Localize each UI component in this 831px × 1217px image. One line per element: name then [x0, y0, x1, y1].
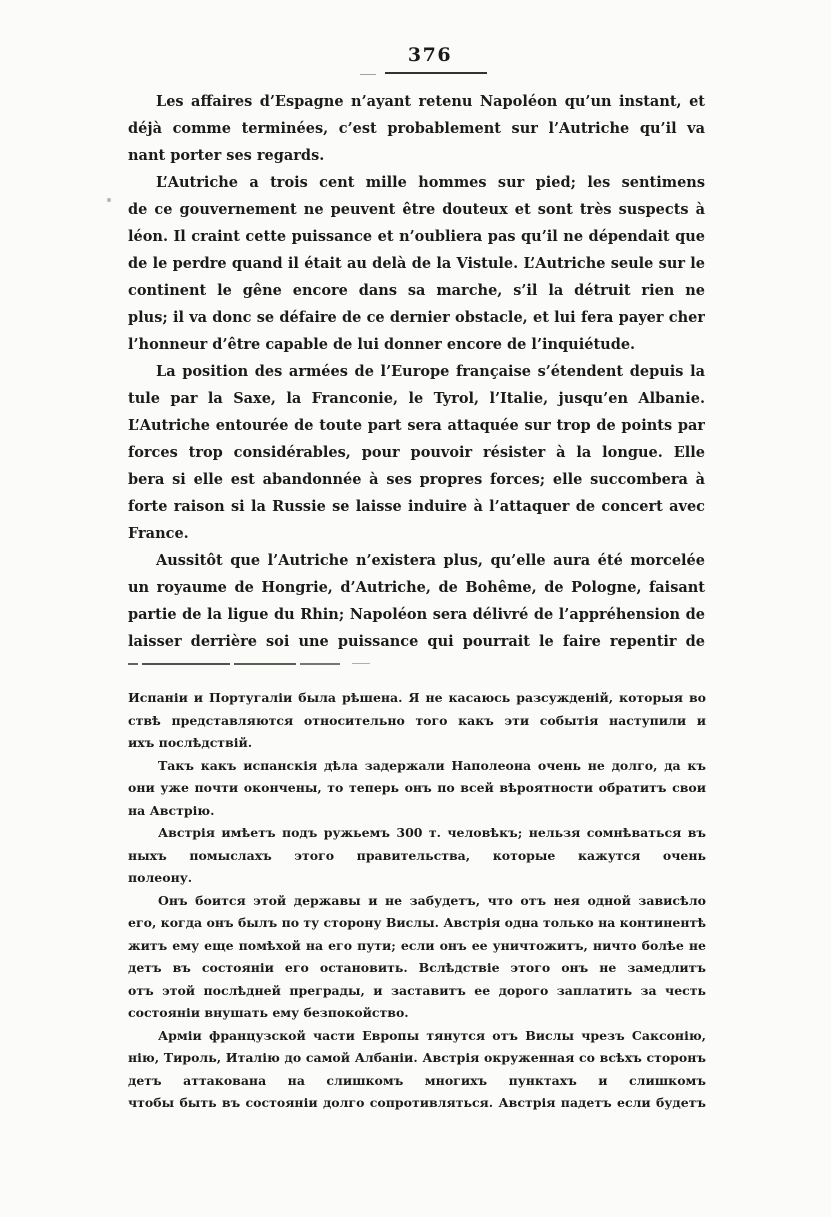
paragraph: L’Autriche a trois cent mille hommes sur… — [128, 169, 705, 358]
text-line: France. — [128, 520, 705, 547]
text-line: чтобы быть въ состояніи долго сопротивля… — [128, 1092, 706, 1115]
text-line: житъ ему еще помѣхой на его пути; если о… — [128, 935, 706, 958]
text-line: отъ этой послѣдней преграды, и заставитъ… — [128, 980, 706, 1003]
text-line: они уже почти окончены, то теперь онъ по… — [128, 777, 706, 800]
page-number-rule — [385, 72, 487, 74]
paragraph: Австрія имѣетъ подъ ружьемъ 300 т. челов… — [128, 822, 706, 890]
paragraph: Les affaires d’Espagne n’ayant retenu Na… — [128, 88, 705, 169]
text-line: Такъ какъ испанскія дѣла задержали Напол… — [128, 755, 706, 778]
text-line: tule par la Saxe, la Franconie, le Tyrol… — [128, 385, 705, 412]
text-line: plus; il va donc se défaire de ce dernie… — [128, 304, 705, 331]
text-line: ствѣ представляются относительно того ка… — [128, 710, 706, 733]
paragraph: Онъ боится этой державы и не забудетъ, ч… — [128, 890, 706, 1025]
footnote-divider — [128, 662, 378, 666]
text-line: Испаніи и Португаліи была рѣшена. Я не к… — [128, 687, 706, 710]
text-line: bera si elle est abandonnée à ses propre… — [128, 466, 705, 493]
text-line: L’Autriche a trois cent mille hommes sur… — [128, 169, 705, 196]
french-text-section: Les affaires d’Espagne n’ayant retenu Na… — [128, 88, 705, 655]
text-line: de le perdre quand il était au delà de l… — [128, 250, 705, 277]
scan-speck — [107, 198, 111, 202]
text-line: ихъ послѣдствій. — [128, 732, 706, 755]
text-line: ныхъ помыслахъ этого правительства, кото… — [128, 845, 706, 868]
text-line: un royaume de Hongrie, d’Autriche, de Bo… — [128, 574, 705, 601]
scan-artifact-dash — [360, 74, 376, 75]
paragraph: Aussitôt que l’Autriche n’existera plus,… — [128, 547, 705, 655]
text-line: forces trop considérables, pour pouvoir … — [128, 439, 705, 466]
text-line: nant porter ses regards. — [128, 142, 705, 169]
text-line: детъ въ состояніи его остановить. Вслѣдс… — [128, 957, 706, 980]
text-line: состояніи внушать ему безпокойство. — [128, 1002, 706, 1025]
text-line: на Австрію. — [128, 800, 706, 823]
text-line: déjà comme terminées, c’est probablement… — [128, 115, 705, 142]
page-number: 376 — [380, 44, 480, 66]
text-line: Aussitôt que l’Autriche n’existera plus,… — [128, 547, 705, 574]
russian-footnote-section: Испаніи и Португаліи была рѣшена. Я не к… — [128, 687, 706, 1115]
text-line: нію, Тироль, Италію до самой Албаніи. Ав… — [128, 1047, 706, 1070]
book-page-scan: 376 Les affaires d’Espagne n’ayant reten… — [0, 0, 831, 1217]
text-line: l’honneur d’être capable de lui donner e… — [128, 331, 705, 358]
text-line: Онъ боится этой державы и не забудетъ, ч… — [128, 890, 706, 913]
text-line: L’Autriche entourée de toute part sera a… — [128, 412, 705, 439]
paragraph: Арміи французской части Европы тянутся о… — [128, 1025, 706, 1115]
paragraph: Испаніи и Португаліи была рѣшена. Я не к… — [128, 687, 706, 755]
text-line: детъ аттакована на слишкомъ многихъ пунк… — [128, 1070, 706, 1093]
paragraph: La position des armées de l’Europe franç… — [128, 358, 705, 547]
text-line: forte raison si la Russie se laisse indu… — [128, 493, 705, 520]
paragraph: Такъ какъ испанскія дѣла задержали Напол… — [128, 755, 706, 823]
text-line: laisser derrière soi une puissance qui p… — [128, 628, 705, 655]
text-line: Les affaires d’Espagne n’ayant retenu Na… — [128, 88, 705, 115]
text-line: Арміи французской части Европы тянутся о… — [128, 1025, 706, 1048]
text-line: Австрія имѣетъ подъ ружьемъ 300 т. челов… — [128, 822, 706, 845]
text-line: de ce gouvernement ne peuvent être doute… — [128, 196, 705, 223]
text-line: partie de la ligue du Rhin; Napoléon ser… — [128, 601, 705, 628]
text-line: léon. Il craint cette puissance et n’oub… — [128, 223, 705, 250]
text-line: La position des armées de l’Europe franç… — [128, 358, 705, 385]
text-line: полеону. — [128, 867, 706, 890]
text-line: его, когда онъ былъ по ту сторону Вислы.… — [128, 912, 706, 935]
text-line: continent le gêne encore dans sa marche,… — [128, 277, 705, 304]
